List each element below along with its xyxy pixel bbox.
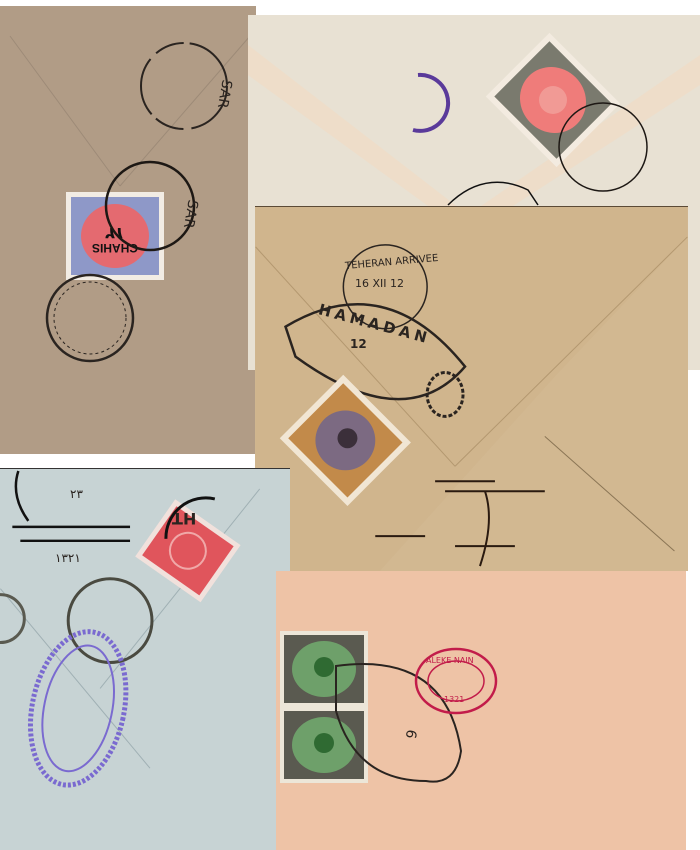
grey-envelope-art: CHAHIS ۱۲: [0, 6, 256, 454]
blue-postmark-text: HT: [172, 509, 196, 528]
arrivee-date: 16 XII 12: [355, 277, 404, 290]
green-stamp-bottom: [280, 707, 368, 783]
photo-scene: CHAHIS ۱۲ SAR SAR: [0, 0, 700, 850]
green-stamp-top: [280, 631, 368, 707]
grey-envelope: CHAHIS ۱۲ SAR SAR: [0, 6, 256, 454]
oval-postmark-date: 12: [350, 337, 367, 351]
blue-handwriting-numbers-2: ۱۳۲۱: [55, 551, 81, 565]
red-seal-date: 1321: [444, 695, 464, 704]
red-seal-text: ALEKE NAIN: [426, 656, 474, 665]
blue-handwriting-numbers-1: ۲۳: [70, 487, 83, 501]
blue-envelope-art: [0, 469, 290, 850]
peach-envelope: ALEKE NAIN 1321 6: [276, 571, 686, 850]
tan-envelope: TEHERAN ARRIVEE 16 XII 12 HAMADAN 12: [255, 206, 688, 571]
blue-envelope: ۲۳ ۱۳۲۱ HT: [0, 468, 290, 850]
grey-stamp: CHAHIS ۱۲: [66, 192, 164, 280]
tan-envelope-art: [255, 207, 688, 571]
peach-envelope-art: [276, 571, 686, 850]
